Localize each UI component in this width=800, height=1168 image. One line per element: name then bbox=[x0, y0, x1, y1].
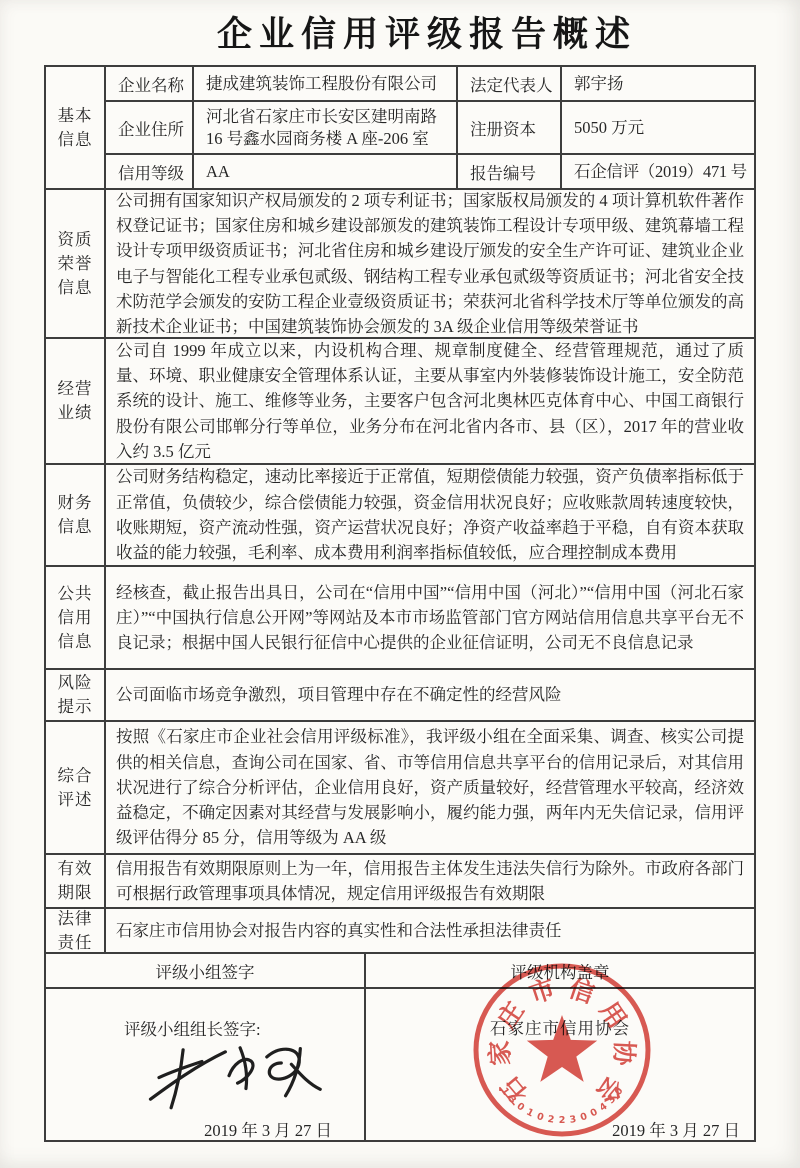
scanned-credit-report-page: { "page_title": "企业信用评级报告概述", "basic_inf… bbox=[0, 0, 800, 1168]
org-seal-date: 2019 年 3 月 27 日 bbox=[612, 1117, 740, 1141]
field-label-registered-capital: 注册资本 bbox=[458, 102, 560, 153]
team-leader-signature-label: 评级小组组长签字: bbox=[124, 1016, 261, 1040]
section-label-basic-info: 基本信息 bbox=[46, 67, 104, 188]
section-label-public-credit: 公共信用信息 bbox=[46, 567, 104, 668]
team-signature-cell: 评级小组组长签字: 2019 年 3 月 27 日 bbox=[46, 989, 364, 1140]
org-name-text: 石家庄市信用协会 bbox=[366, 1015, 754, 1039]
section-content-review: 按照《石家庄市企业社会信用评级标准》，我评级小组在全面采集、调查、核实公司提供的… bbox=[106, 722, 754, 853]
field-value-registered-capital: 5050 万元 bbox=[562, 102, 754, 153]
field-label-report-number: 报告编号 bbox=[458, 155, 560, 188]
section-label-performance: 经营业绩 bbox=[46, 339, 104, 463]
section-label-validity: 有效期限 bbox=[46, 855, 104, 907]
field-label-credit-grade: 信用等级 bbox=[106, 155, 192, 188]
field-value-legal-representative: 郭宇扬 bbox=[562, 67, 754, 100]
section-content-qualifications: 公司拥有国家知识产权局颁发的 2 项专利证书；国家版权局颁发的 4 项计算机软件… bbox=[106, 190, 754, 337]
section-label-legal: 法律责任 bbox=[46, 909, 104, 952]
section-label-financial: 财务信息 bbox=[46, 465, 104, 565]
section-content-financial: 公司财务结构稳定，速动比率接近于正常值，短期偿债能力较强，资产负债率指标低于正常… bbox=[106, 465, 754, 565]
team-signature-date: 2019 年 3 月 27 日 bbox=[158, 1117, 378, 1141]
field-value-company-address: 河北省石家庄市长安区建明南路 16 号鑫水园商务楼 A 座-206 室 bbox=[194, 102, 456, 153]
report-table-main: 基本信息 企业名称 捷成建筑装饰工程股份有限公司 法定代表人 郭宇扬 企业住所 … bbox=[46, 67, 754, 952]
section-content-risk: 公司面临市场竞争激烈，项目管理中存在不确定性的经营风险 bbox=[106, 670, 754, 720]
section-content-legal: 石家庄市信用协会对报告内容的真实性和合法性承担法律责任 bbox=[106, 909, 754, 952]
section-content-public-credit: 经核查，截止报告出具日，公司在“信用中国”“信用中国（河北）”“信用中国（河北石… bbox=[106, 567, 754, 668]
field-label-company-address: 企业住所 bbox=[106, 102, 192, 153]
field-label-company-name: 企业名称 bbox=[106, 67, 192, 100]
team-signature-header: 评级小组签字 bbox=[46, 954, 364, 987]
section-label-risk: 风险提示 bbox=[46, 670, 104, 720]
page-title: 企业信用评级报告概述 bbox=[0, 14, 800, 56]
section-content-validity: 信用报告有效期限原则上为一年，信用报告主体发生违法失信行为除外。市政府各部门可根… bbox=[106, 855, 754, 907]
report-table: 基本信息 企业名称 捷成建筑装饰工程股份有限公司 法定代表人 郭宇扬 企业住所 … bbox=[44, 65, 756, 1142]
section-label-review: 综合评述 bbox=[46, 722, 104, 853]
field-value-report-number: 石企信评（2019）471 号 bbox=[562, 155, 754, 188]
field-value-company-name: 捷成建筑装饰工程股份有限公司 bbox=[194, 67, 456, 100]
field-label-legal-representative: 法定代表人 bbox=[458, 67, 560, 100]
org-seal-cell: 石家庄市信用协会 2019 年 3 月 27 日 bbox=[366, 989, 754, 1140]
section-label-qualifications: 资质荣誉信息 bbox=[46, 190, 104, 337]
handwritten-signature bbox=[139, 1034, 338, 1115]
org-seal-header: 评级机构盖章 bbox=[366, 954, 754, 987]
signature-section: 评级小组签字 评级机构盖章 评级小组组长签字: 2019 年 3 月 27 日 … bbox=[46, 954, 754, 1140]
section-content-performance: 公司自 1999 年成立以来，内设机构合理、规章制度健全、经营管理规范，通过了质… bbox=[106, 339, 754, 463]
field-value-credit-grade: AA bbox=[194, 155, 456, 188]
